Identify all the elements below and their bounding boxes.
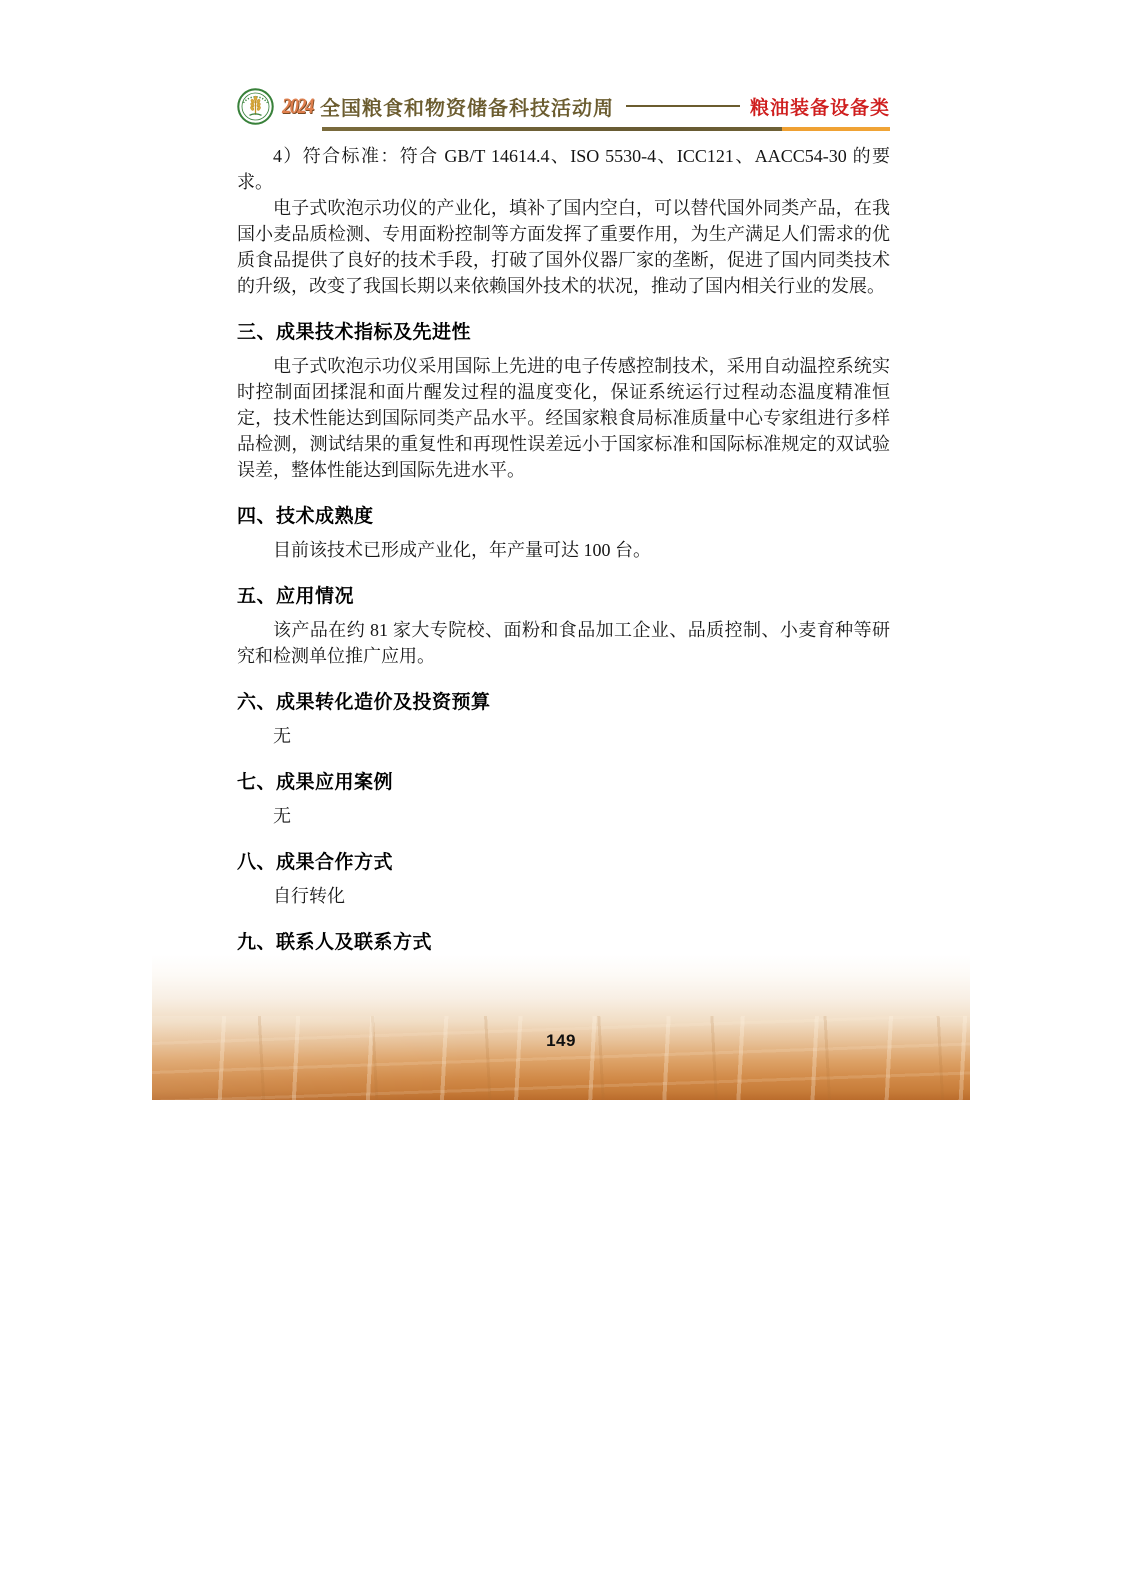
- header-year: 2024: [282, 93, 313, 119]
- section-heading: 七、成果应用案例: [237, 771, 890, 795]
- document-section: 六、成果转化造价及投资预算 无: [237, 691, 890, 749]
- document-section: 三、成果技术指标及先进性 电子式吹泡示功仪采用国际上先进的电子传感控制技术，采用…: [237, 321, 890, 483]
- document-section: 五、应用情况 该产品在约 81 家大专院校、面粉和食品加工企业、品质控制、小麦育…: [237, 585, 890, 669]
- section-paragraph: 自行转化: [237, 883, 890, 909]
- page-number: 149: [152, 1031, 970, 1051]
- document-section: 七、成果应用案例 无: [237, 771, 890, 829]
- document-section: 四、技术成熟度 目前该技术已形成产业化，年产量可达 100 台。: [237, 505, 890, 563]
- section-heading: 八、成果合作方式: [237, 851, 890, 875]
- intro-paragraph: 电子式吹泡示功仪的产业化，填补了国内空白，可以替代国外同类产品，在我国小麦品质检…: [237, 195, 890, 299]
- header-row: 2024 全国粮食和物资储备科技活动周 粮油装备设备类: [237, 85, 890, 127]
- page-header: 2024 全国粮食和物资储备科技活动周 粮油装备设备类: [237, 85, 890, 135]
- header-title: 全国粮食和物资储备科技活动周: [320, 92, 614, 121]
- document-section: 八、成果合作方式 自行转化: [237, 851, 890, 909]
- section-paragraph: 目前该技术已形成产业化，年产量可达 100 台。: [237, 537, 890, 563]
- footer-landscape-image: 149: [152, 955, 970, 1100]
- section-heading: 九、联系人及联系方式: [237, 931, 890, 955]
- header-divider-dash: [626, 105, 740, 107]
- section-paragraph: 该产品在约 81 家大专院校、面粉和食品加工企业、品质控制、小麦育种等研究和检测…: [237, 617, 890, 669]
- section-paragraph: 无: [237, 803, 890, 829]
- section-paragraph: 无: [237, 723, 890, 749]
- header-underline: [322, 127, 890, 131]
- header-category-label: 粮油装备设备类: [750, 93, 890, 120]
- section-heading: 四、技术成熟度: [237, 505, 890, 529]
- section-paragraph: 电子式吹泡示功仪采用国际上先进的电子传感控制技术，采用自动温控系统实时控制面团揉…: [237, 353, 890, 483]
- intro-paragraph: 4）符合标准：符合 GB/T 14614.4、ISO 5530-4、ICC121…: [237, 143, 890, 195]
- section-heading: 三、成果技术指标及先进性: [237, 321, 890, 345]
- document-body: 4）符合标准：符合 GB/T 14614.4、ISO 5530-4、ICC121…: [237, 143, 890, 1015]
- section-heading: 六、成果转化造价及投资预算: [237, 691, 890, 715]
- wheat-emblem-icon: [237, 88, 274, 125]
- section-heading: 五、应用情况: [237, 585, 890, 609]
- document-page: 2024 全国粮食和物资储备科技活动周 粮油装备设备类 4）符合标准：符合 GB…: [0, 0, 1122, 1588]
